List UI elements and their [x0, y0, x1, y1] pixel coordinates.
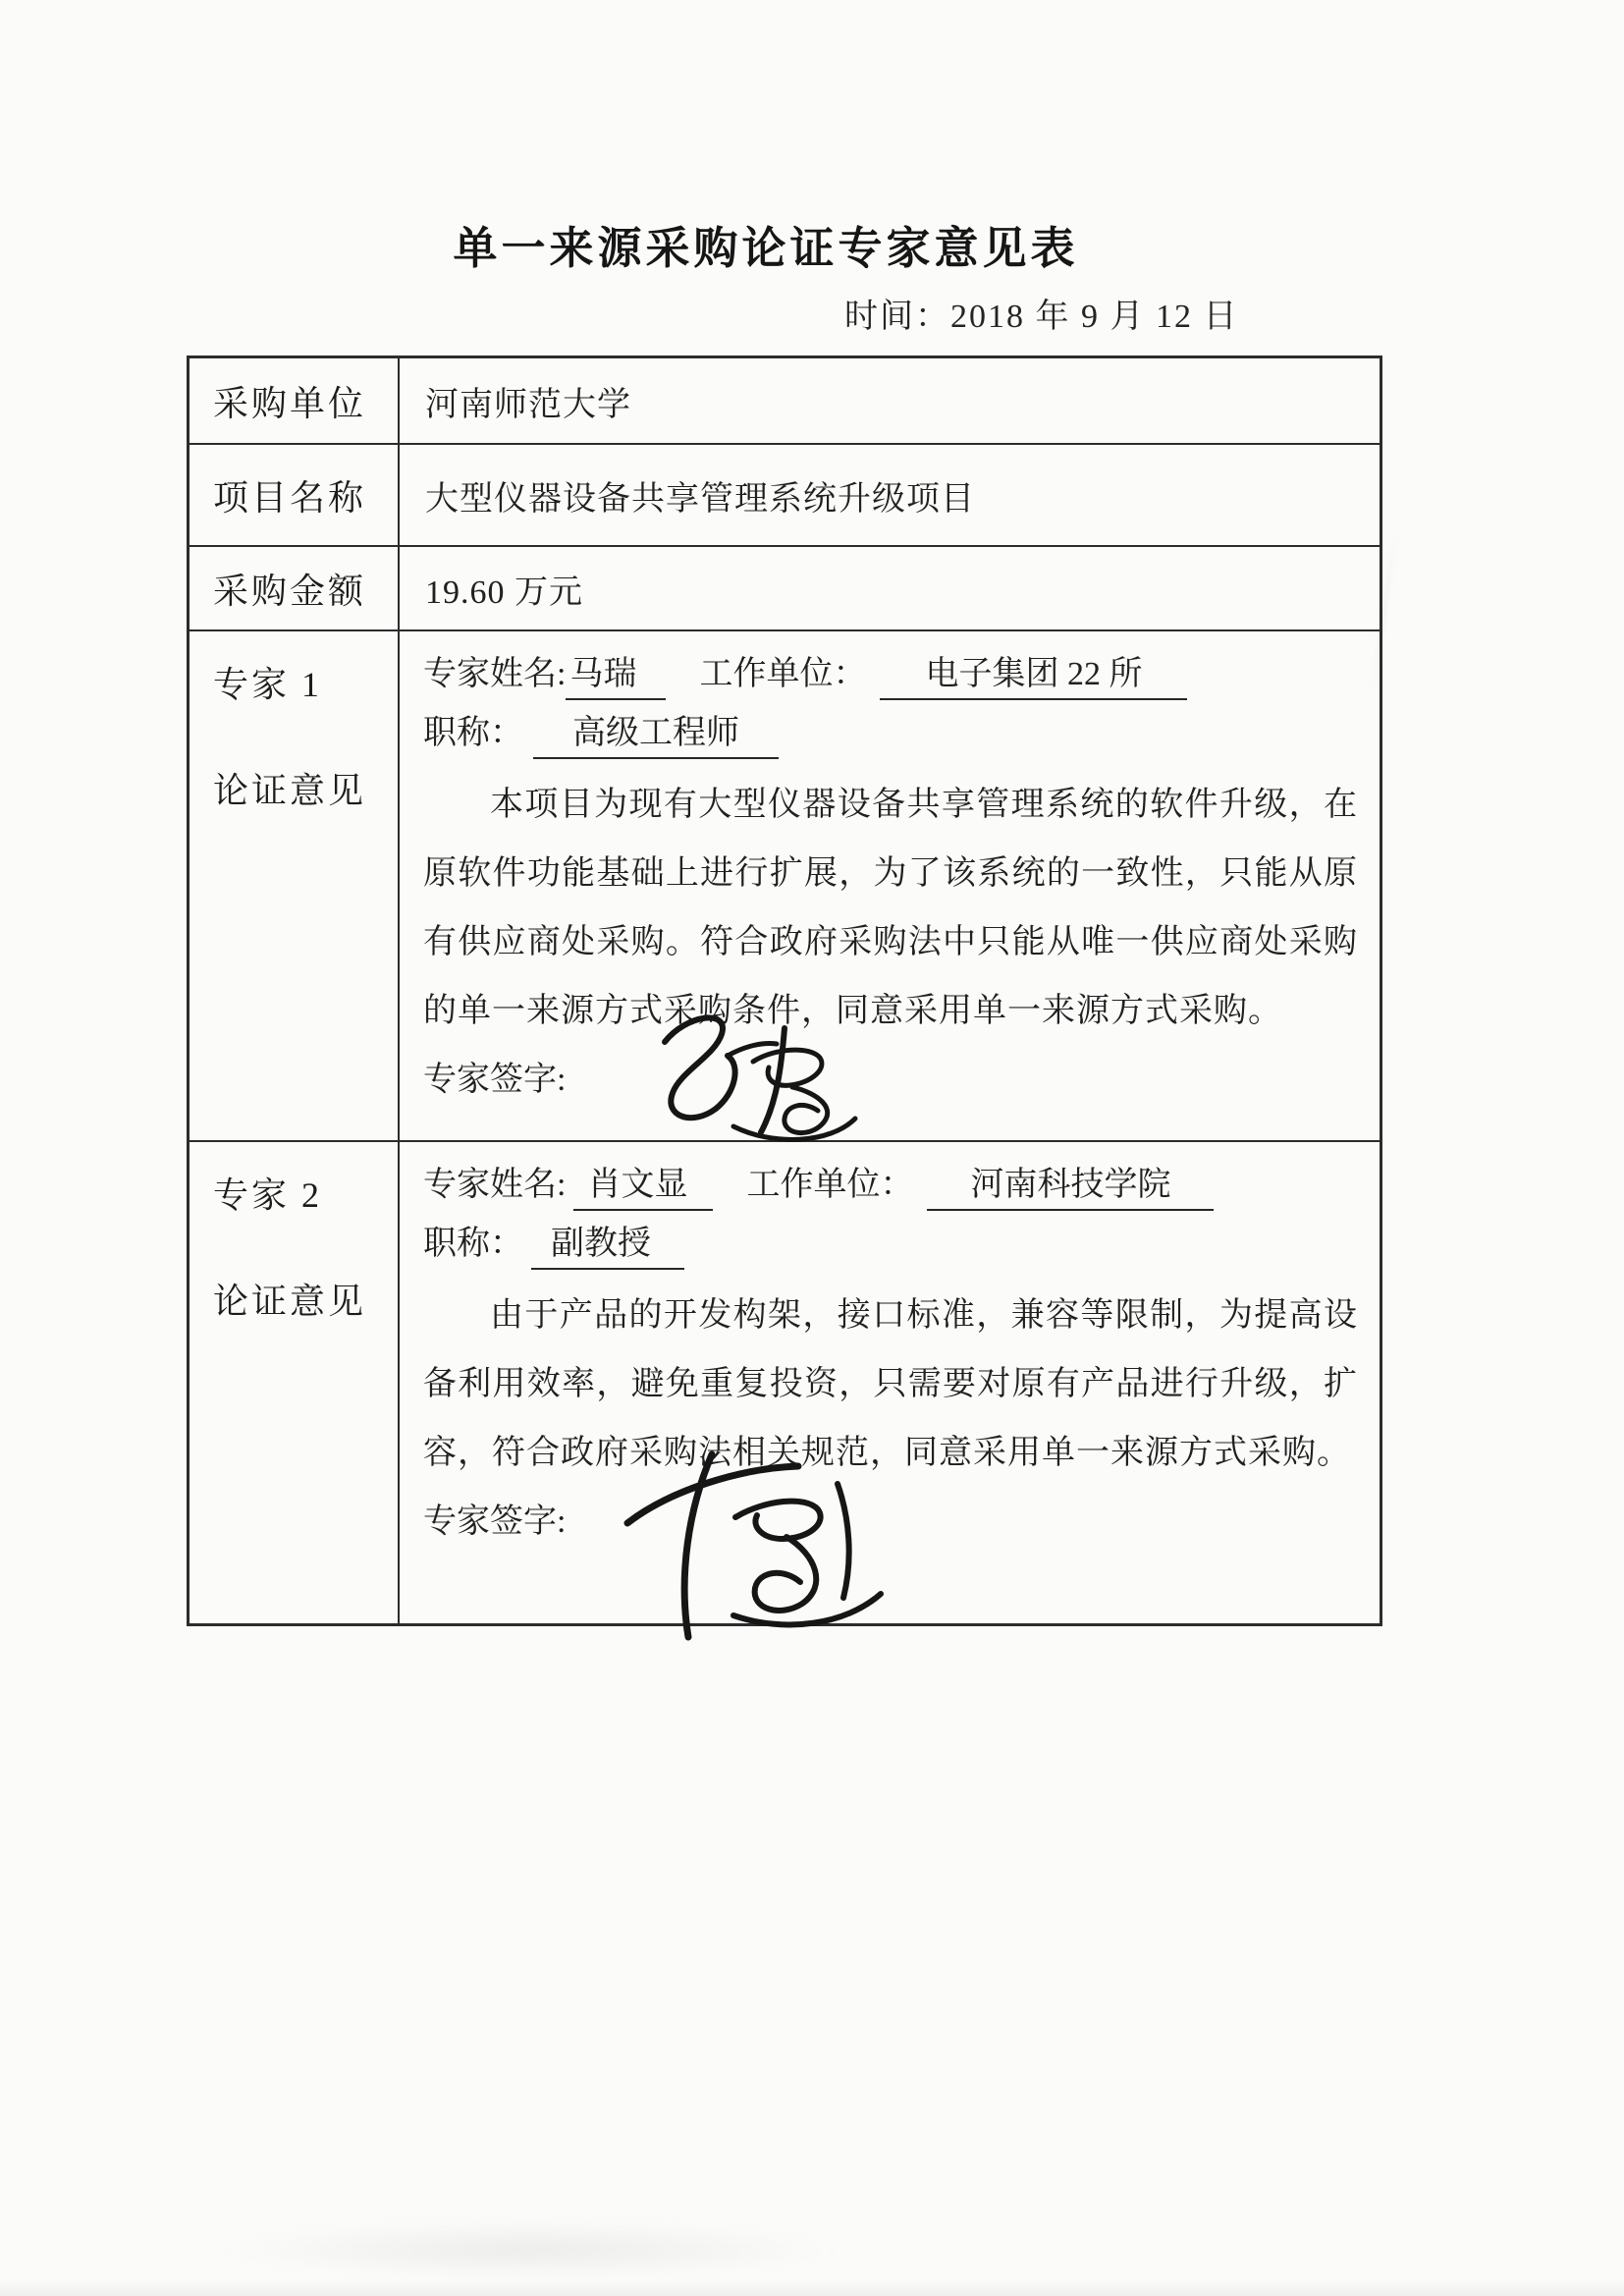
row-label-purchase-amount: 采购金额	[189, 547, 400, 631]
expert1-opinion-text: 本项目为现有大型仪器设备共享管理系统的软件升级，在原软件功能基础上进行扩展，为了…	[423, 771, 1358, 1046]
scanned-document-page: 单一来源采购论证专家意见表 时间：2018 年 9 月 12 日 采购单位 河南…	[0, 0, 1624, 2296]
expert1-title-line: 职称：高级工程师	[423, 704, 1358, 763]
scan-edge-shadow	[0, 2280, 1624, 2296]
expert2-sign-line: 专家签字:	[423, 1492, 1358, 1553]
expert1-org: 电子集团 22 所	[880, 653, 1187, 700]
expert2-title: 副教授	[531, 1223, 684, 1270]
row-label-purchasing-unit: 采购单位	[189, 358, 400, 445]
row-label-project-name: 项目名称	[189, 445, 400, 547]
expert1-opinion-label: 论证意见	[213, 765, 398, 816]
expert1-title-label: 职称：	[423, 715, 523, 751]
expert2-org: 河南科技学院	[927, 1164, 1214, 1211]
document-title: 单一来源采购论证专家意见表	[0, 212, 1532, 276]
row-value-purchase-amount: 19.60 万元	[400, 547, 1380, 631]
expert1-sign-label: 专家签字:	[423, 1062, 566, 1098]
expert2-name: 肖文显	[573, 1164, 713, 1211]
document-date: 时间：2018 年 9 月 12 日	[844, 289, 1239, 337]
opinion-form-table: 采购单位 河南师范大学 项目名称 大型仪器设备共享管理系统升级项目 采购金额 1…	[187, 355, 1382, 1626]
expert1-name-label: 专家姓名:	[423, 656, 566, 692]
expert1-content-cell: 专家姓名:马瑞工作单位：电子集团 22 所 职称：高级工程师 本项目为现有大型仪…	[400, 631, 1380, 1142]
expert2-org-label: 工作单位：	[746, 1167, 913, 1203]
expert2-title-label: 职称：	[423, 1226, 523, 1262]
expert1-identity-line: 专家姓名:马瑞工作单位：电子集团 22 所	[423, 645, 1358, 704]
expert2-title-line: 职称：副教授	[423, 1215, 1358, 1274]
expert2-name-label: 专家姓名:	[423, 1167, 566, 1203]
expert2-row-label: 专家 2	[213, 1170, 398, 1221]
expert2-signature	[586, 1427, 949, 1653]
expert1-sign-line: 专家签字:	[423, 1050, 1358, 1111]
expert2-identity-line: 专家姓名:肖文显工作单位：河南科技学院	[423, 1156, 1358, 1215]
row-value-project-name: 大型仪器设备共享管理系统升级项目	[400, 445, 1380, 547]
row-label-expert1: 专家 1 论证意见	[189, 631, 400, 1142]
expert1-org-label: 工作单位：	[699, 656, 866, 692]
expert2-content-cell: 专家姓名:肖文显工作单位：河南科技学院 职称：副教授 由于产品的开发构架，接口标…	[400, 1142, 1380, 1623]
expert1-row-label: 专家 1	[213, 659, 398, 710]
scan-smudge-artifact	[216, 2221, 844, 2278]
expert1-signature	[631, 1003, 877, 1160]
expert2-opinion-label: 论证意见	[213, 1276, 398, 1327]
expert2-sign-label: 专家签字:	[423, 1503, 566, 1540]
expert1-title: 高级工程师	[533, 712, 779, 759]
row-value-purchasing-unit: 河南师范大学	[400, 358, 1380, 445]
expert1-name: 马瑞	[566, 653, 666, 700]
row-label-expert2: 专家 2 论证意见	[189, 1142, 400, 1623]
